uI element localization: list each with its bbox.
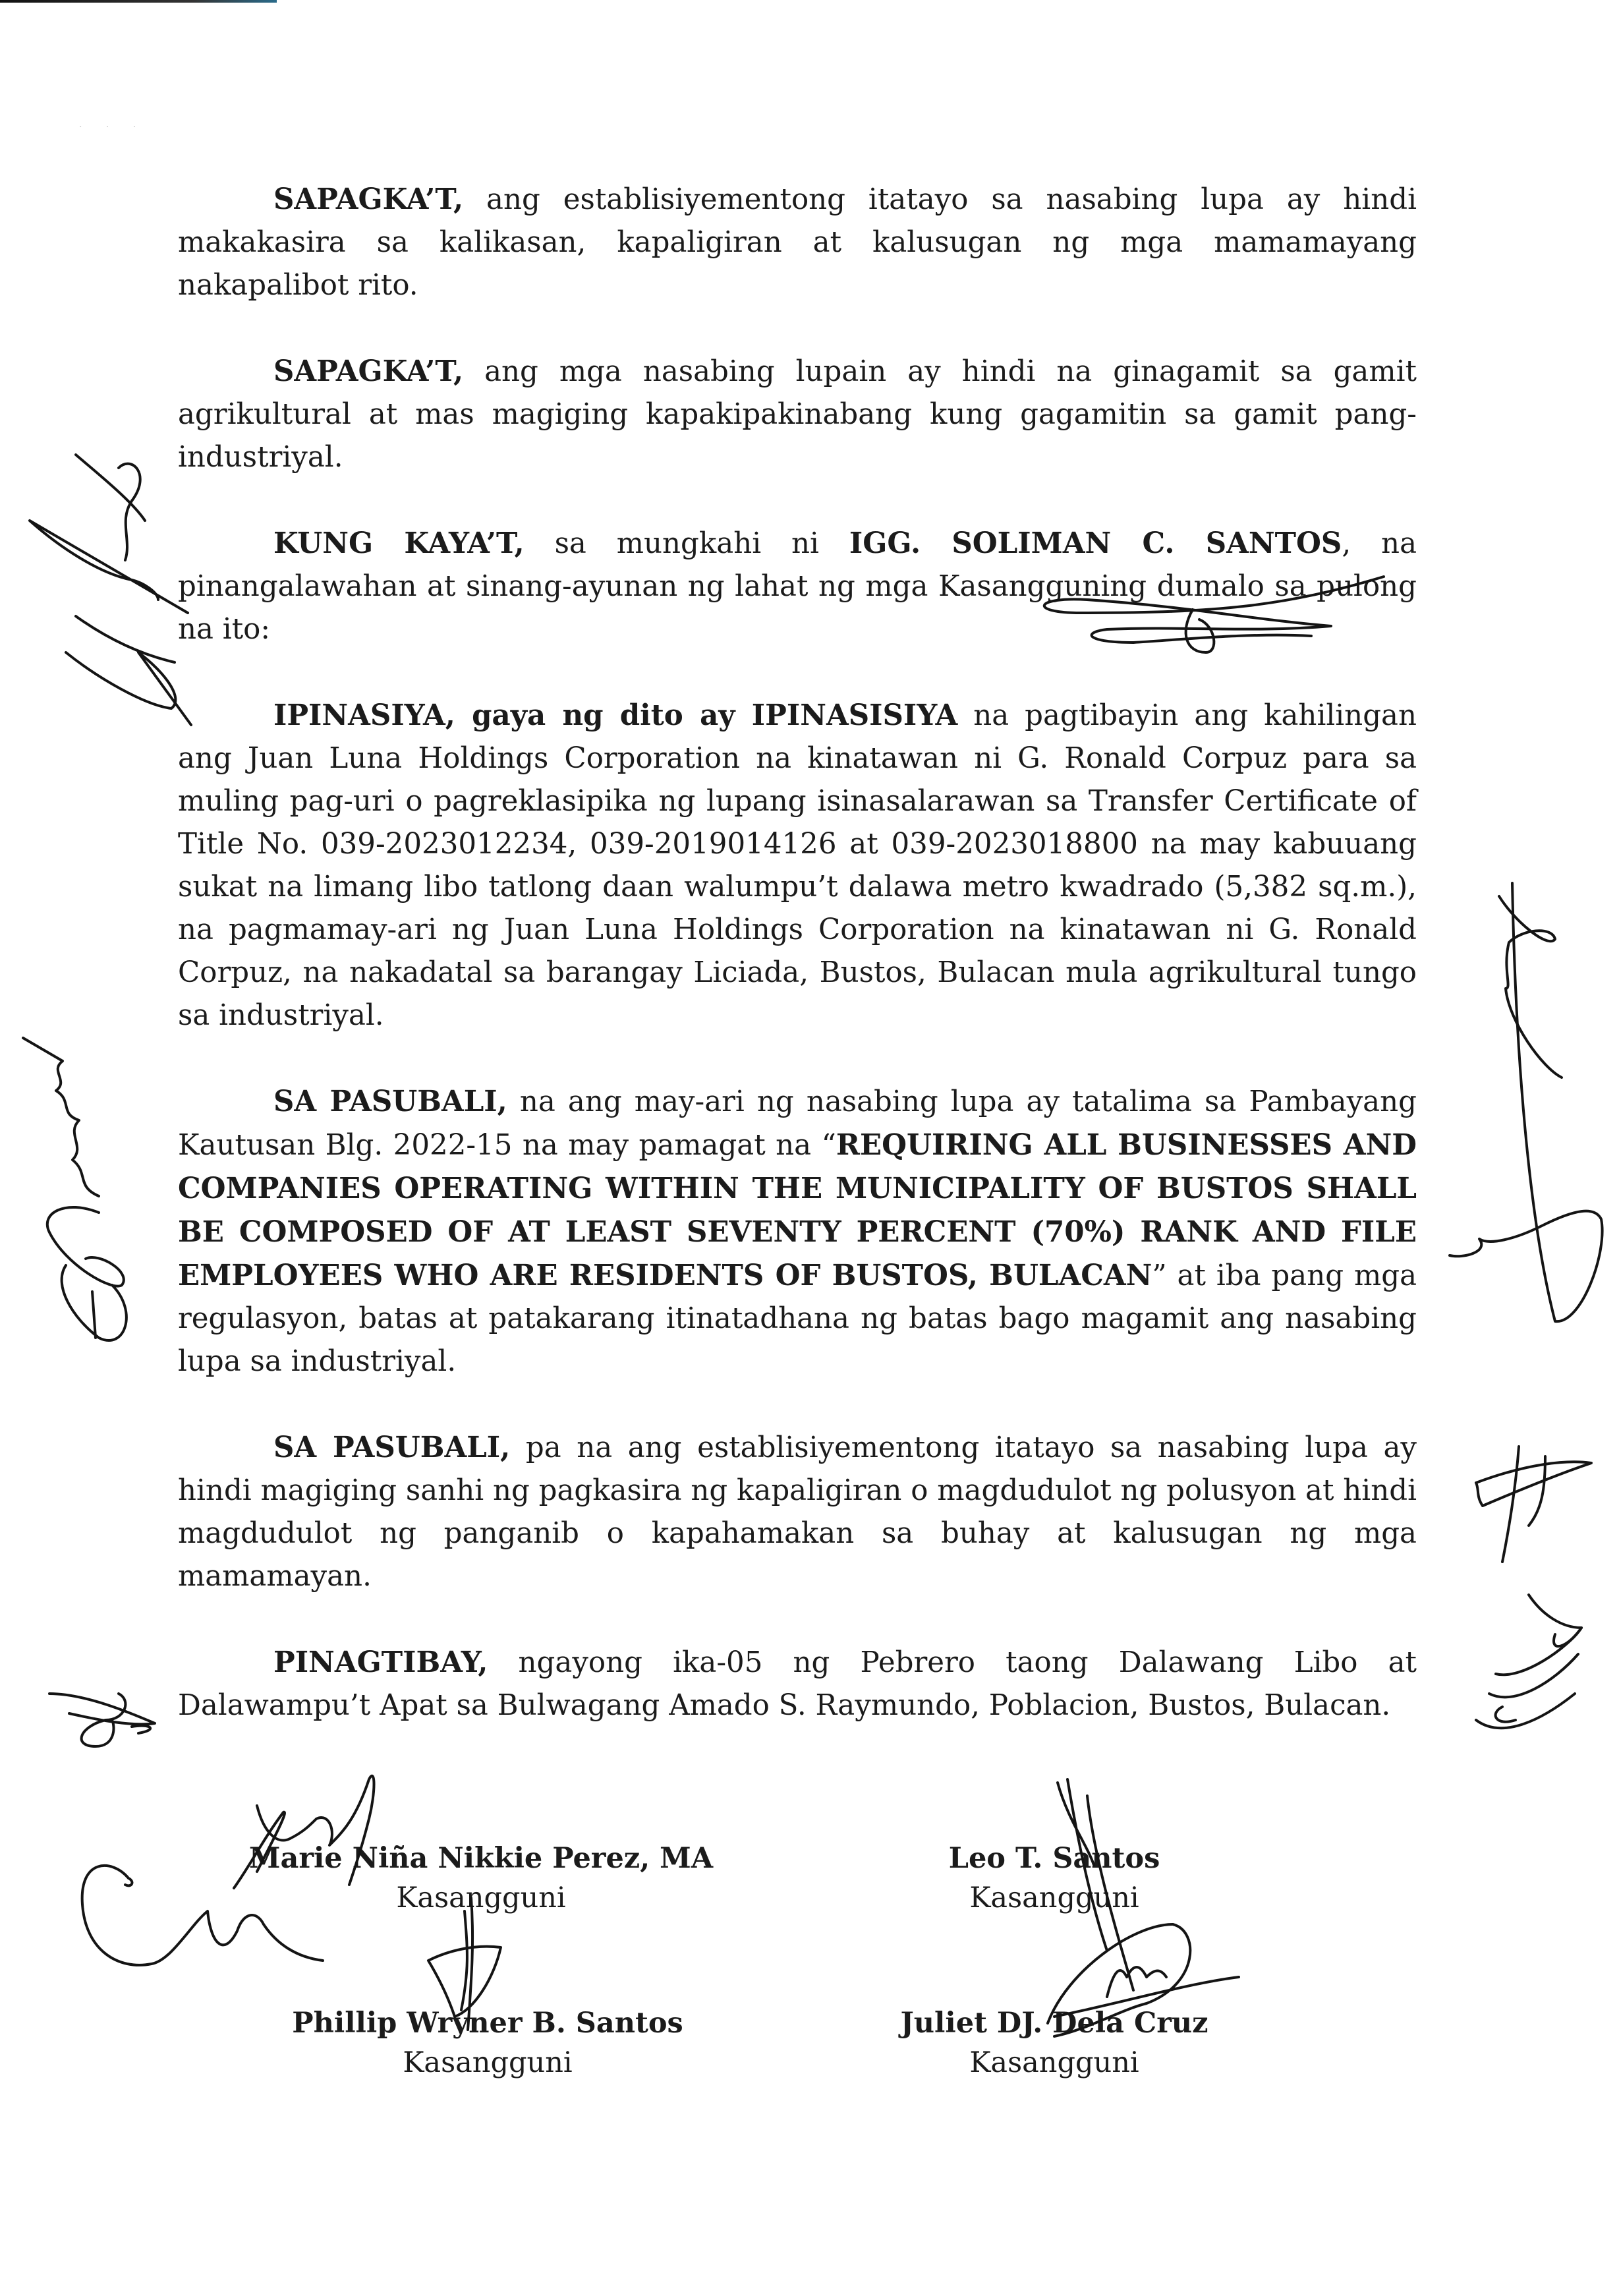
signatory-role: Kasangguni <box>863 1878 1245 1918</box>
paragraph-resolved: IPINASIYA, gaya ng dito ay IPINASISIYA n… <box>178 694 1417 1037</box>
scan-specks: · · · <box>79 122 146 132</box>
signatory-name: Phillip Wryner B. Santos <box>250 2003 725 2043</box>
paragraph-text: sa mungkahi ni <box>525 527 849 560</box>
paragraph-whereas-2: SAPAGKA’T, ang mga nasabing lupain ay hi… <box>178 350 1417 479</box>
paragraph-proviso-2: SA PASUBALI, pa na ang establisiyementon… <box>178 1426 1417 1598</box>
paragraph-proviso-1: SA PASUBALI, na ang may-ari ng nasabing … <box>178 1080 1417 1383</box>
paragraph-lead: SA PASUBALI, <box>273 1431 510 1464</box>
signatory-dela-cruz: Juliet DJ. Dela Cruz Kasangguni <box>850 2003 1259 2082</box>
signature-right-middle-icon <box>1476 1447 1591 1562</box>
paragraph-lead: SAPAGKA’T, <box>273 183 463 216</box>
signatory-role: Kasangguni <box>250 2043 725 2082</box>
paragraph-lead: PINAGTIBAY, <box>273 1646 488 1679</box>
paragraph-lead: SAPAGKA’T, <box>273 355 463 388</box>
signatory-phillip-santos: Phillip Wryner B. Santos Kasangguni <box>250 2003 725 2082</box>
signatory-role: Kasangguni <box>211 1878 751 1918</box>
paragraph-approved: PINAGTIBAY, ngayong ika-05 ng Pebrero ta… <box>178 1641 1417 1727</box>
signatory-leo-santos: Leo T. Santos Kasangguni <box>863 1839 1245 1918</box>
signatory-role: Kasangguni <box>850 2043 1259 2082</box>
signatory-name: Juliet DJ. Dela Cruz <box>850 2003 1259 2043</box>
signature-right-lower-icon <box>1476 1595 1581 1728</box>
paragraph-lead: IPINASIYA, gaya ng dito ay IPINASISIYA <box>273 699 957 732</box>
signatory-name: Marie Niña Nikkie Perez, MA <box>211 1839 751 1878</box>
signature-left-lower-icon <box>49 1694 155 1746</box>
signature-right-upper-icon <box>1450 883 1603 1321</box>
paragraph-whereas-1: SAPAGKA’T, ang establisiyementong itatay… <box>178 178 1417 307</box>
scan-edge-line <box>0 0 277 3</box>
mover-name: IGG. SOLIMAN C. SANTOS <box>849 527 1342 560</box>
paragraph-motion: KUNG KAYA’T, sa mungkahi ni IGG. SOLIMAN… <box>178 522 1417 651</box>
resolution-body: SAPAGKA’T, ang establisiyementong itatay… <box>178 178 1417 1770</box>
paragraph-lead: SA PASUBALI, <box>273 1085 507 1118</box>
paragraph-text: na pagtibayin ang kahilingan ang Juan Lu… <box>178 699 1417 1032</box>
document-page: · · · SAPAGKA’T, ang establisiyementong … <box>0 0 1619 2296</box>
signature-left-top-icon <box>30 455 191 725</box>
signatory-name: Leo T. Santos <box>863 1839 1245 1878</box>
paragraph-lead: KUNG KAYA’T, <box>273 527 525 560</box>
signature-left-middle-icon <box>23 1038 127 1340</box>
signatory-perez: Marie Niña Nikkie Perez, MA Kasangguni <box>211 1839 751 1918</box>
